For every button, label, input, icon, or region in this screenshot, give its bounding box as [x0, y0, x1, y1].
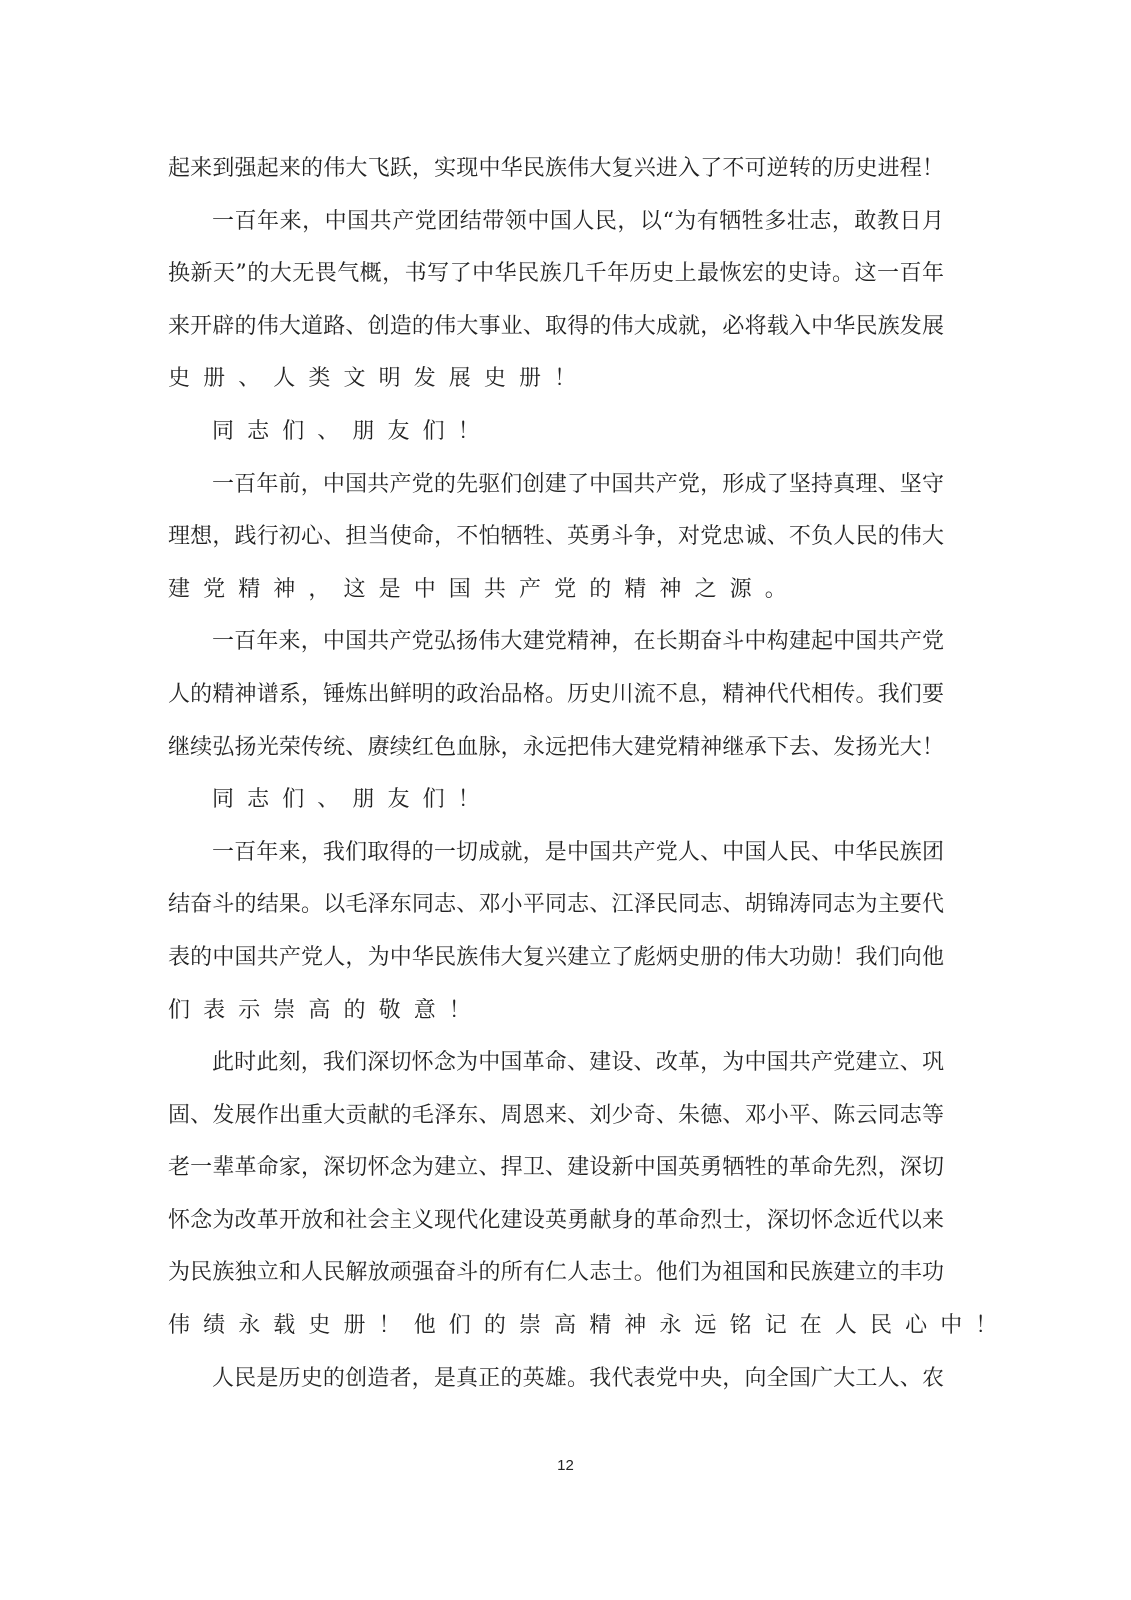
text-line: 继续弘扬光荣传统、赓续红色血脉，永远把伟大建党精神继承下去、发扬光大！: [168, 722, 944, 775]
paragraph-first-line: 一百年来，中国共产党弘扬伟大建党精神，在长期奋斗中构建起中国共产党: [168, 616, 944, 669]
text-line: 换新天”的大无畏气概，书写了中华民族几千年历史上最恢宏的史诗。这一百年: [168, 248, 944, 301]
text-line: 固、发展作出重大贡献的毛泽东、周恩来、刘少奇、朱德、邓小平、陈云同志等: [168, 1090, 944, 1143]
paragraph-first-line: 人民是历史的创造者，是真正的英雄。我代表党中央，向全国广大工人、农: [168, 1353, 944, 1406]
text-line: 来开辟的伟大道路、创造的伟大事业、取得的伟大成就，必将载入中华民族发展: [168, 301, 944, 354]
paragraph-first-line: 一百年来，我们取得的一切成就，是中国共产党人、中国人民、中华民族团: [168, 827, 944, 880]
text-line: 人的精神谱系，锤炼出鲜明的政治品格。历史川流不息，精神代代相传。我们要: [168, 669, 944, 722]
text-line: 伟绩永载史册！他们的崇高精神永远铭记在人民心中！: [168, 1300, 944, 1353]
paragraph-first-line: 此时此刻，我们深切怀念为中国革命、建设、改革，为中国共产党建立、巩: [168, 1037, 944, 1090]
document-page: 起来到强起来的伟大飞跃，实现中华民族伟大复兴进入了不可逆转的历史进程！一百年来，…: [0, 0, 1131, 1600]
text-line: 怀念为改革开放和社会主义现代化建设英勇献身的革命烈士，深切怀念近代以来: [168, 1195, 944, 1248]
text-line: 表的中国共产党人，为中华民族伟大复兴建立了彪炳史册的伟大功勋！我们向他: [168, 932, 944, 985]
text-line: 结奋斗的结果。以毛泽东同志、邓小平同志、江泽民同志、胡锦涛同志为主要代: [168, 879, 944, 932]
text-line: 老一辈革命家，深切怀念为建立、捍卫、建设新中国英勇牺牲的革命先烈，深切: [168, 1142, 944, 1195]
paragraph-first-line: 同志们、朋友们！: [168, 406, 944, 459]
body-text: 起来到强起来的伟大飞跃，实现中华民族伟大复兴进入了不可逆转的历史进程！一百年来，…: [168, 143, 944, 1405]
paragraph-first-line: 同志们、朋友们！: [168, 774, 944, 827]
text-line: 建党精神，这是中国共产党的精神之源。: [168, 564, 944, 617]
paragraph-first-line: 一百年来，中国共产党团结带领中国人民，以“为有牺牲多壮志，敢教日月: [168, 196, 944, 249]
text-line: 史册、人类文明发展史册！: [168, 353, 944, 406]
text-line: 为民族独立和人民解放顽强奋斗的所有仁人志士。他们为祖国和民族建立的丰功: [168, 1247, 944, 1300]
text-line: 们表示崇高的敬意！: [168, 985, 944, 1038]
page-number: 12: [0, 1457, 1131, 1474]
text-line: 起来到强起来的伟大飞跃，实现中华民族伟大复兴进入了不可逆转的历史进程！: [168, 143, 944, 196]
paragraph-first-line: 一百年前，中国共产党的先驱们创建了中国共产党，形成了坚持真理、坚守: [168, 459, 944, 512]
text-line: 理想，践行初心、担当使命，不怕牺牲、英勇斗争，对党忠诚、不负人民的伟大: [168, 511, 944, 564]
